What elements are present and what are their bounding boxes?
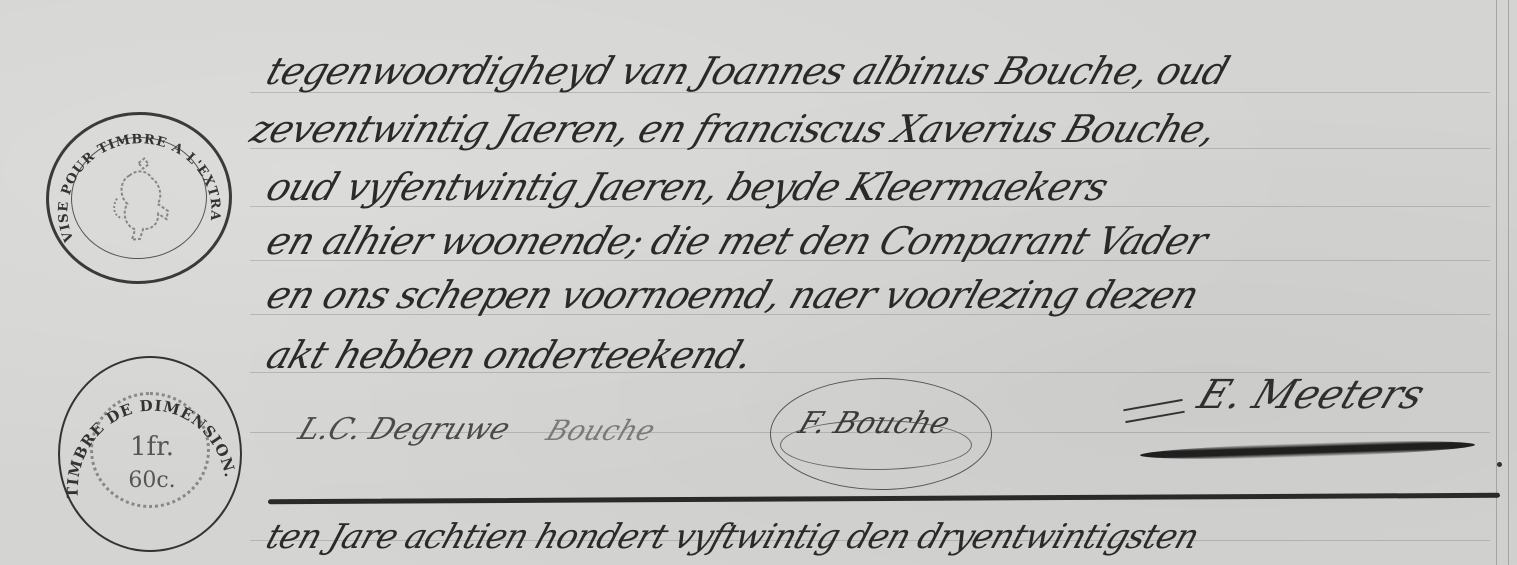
ink-dot <box>1497 462 1502 467</box>
body-line-2: zeventwintig Jaeren, en franciscus Xaver… <box>246 110 1221 148</box>
margin-line <box>1508 0 1509 565</box>
body-line-6: akt hebben onderteekend. <box>262 336 757 374</box>
margin-line <box>1496 0 1497 565</box>
lion-emblem-icon <box>98 152 184 247</box>
stamp-extraordinaire: VISE POUR TIMBRE A L'EXTRAORDINAIRE <box>40 106 238 291</box>
document-page: tegenwoordigheyd van Joannes albinus Bou… <box>0 0 1517 565</box>
stamp-value-francs: 1fr. <box>60 432 244 462</box>
signature-f-bouche: F. Bouche <box>794 406 955 441</box>
signature-meeters: E. Meeters <box>1192 372 1431 418</box>
signature-dash <box>1123 399 1185 423</box>
entry-separator-line <box>268 493 1500 504</box>
signature-bouche-faint: Bouche <box>542 414 660 447</box>
body-line-3: oud vyfentwintig Jaeren, beyde Kleermaek… <box>262 168 1112 206</box>
next-entry-line: ten Jare achtien hondert vyftwintig den … <box>262 520 1203 554</box>
signature-degruwe: L.C. Degruwe <box>294 412 515 447</box>
body-line-5: en ons schepen voornoemd, naer voorlezin… <box>262 276 1203 314</box>
signature-underline-flourish <box>1140 438 1475 463</box>
body-line-4: en alhier woonende; die met den Comparan… <box>262 222 1211 260</box>
body-line-1: tegenwoordigheyd van Joannes albinus Bou… <box>262 52 1233 90</box>
stamp-dimension: TIMBRE DE DIMENSION. 1fr. 60c. <box>58 356 242 552</box>
stamp-value-centimes: 60c. <box>60 468 244 493</box>
